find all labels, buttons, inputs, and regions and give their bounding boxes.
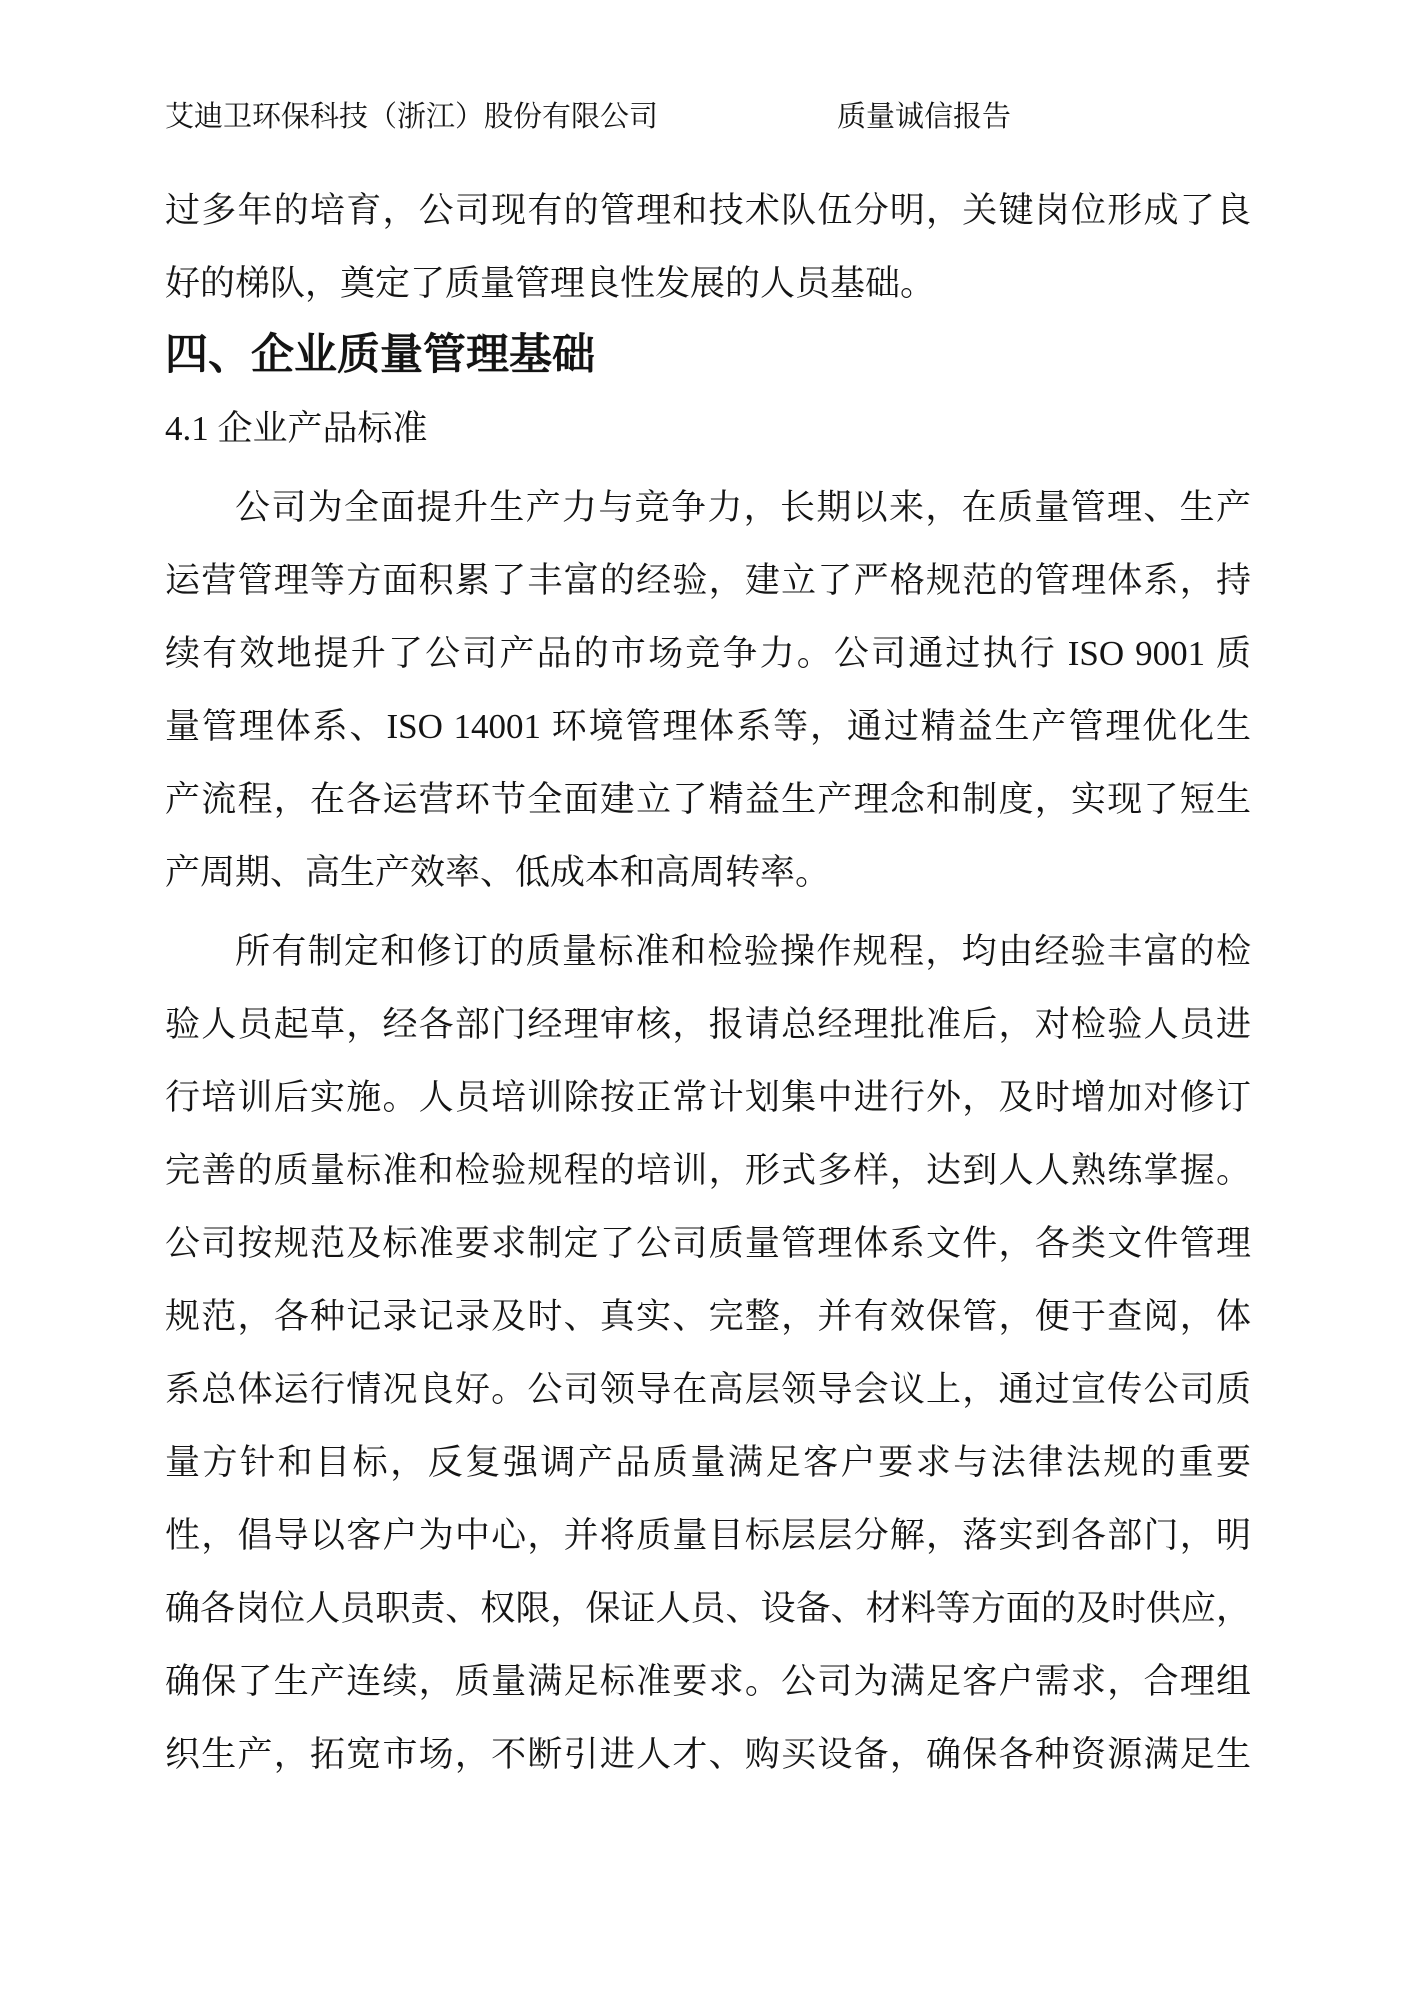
text-line: 产周期、高生产效率、低成本和高周转率。 bbox=[165, 836, 1251, 909]
text-line: 过多年的培育，公司现有的管理和技术队伍分明，关键岗位形成了良 bbox=[165, 174, 1251, 247]
subsection-heading: 4.1 企业产品标准 bbox=[165, 392, 1251, 465]
text-line: 性，倡导以客户为中心，并将质量目标层层分解，落实到各部门，明 bbox=[165, 1499, 1251, 1572]
paragraph: 所有制定和修订的质量标准和检验操作规程，均由经验丰富的检验人员起草，经各部门经理… bbox=[165, 915, 1251, 1791]
text-line: 验人员起草，经各部门经理审核，报请总经理批准后，对检验人员进 bbox=[165, 988, 1251, 1061]
text-line: 所有制定和修订的质量标准和检验操作规程，均由经验丰富的检 bbox=[165, 915, 1251, 988]
text-line: 量方针和目标，反复强调产品质量满足客户要求与法律法规的重要 bbox=[165, 1426, 1251, 1499]
page-header: 艾迪卫环保科技（浙江）股份有限公司 质量诚信报告 bbox=[165, 100, 1251, 134]
section-heading: 四、企业质量管理基础 bbox=[165, 320, 1251, 392]
document-page: 艾迪卫环保科技（浙江）股份有限公司 质量诚信报告 过多年的培育，公司现有的管理和… bbox=[0, 0, 1414, 2000]
header-company-name: 艾迪卫环保科技（浙江）股份有限公司 bbox=[165, 101, 658, 133]
text-line: 完善的质量标准和检验规程的培训，形式多样，达到人人熟练掌握。 bbox=[165, 1134, 1251, 1207]
text-line: 好的梯队，奠定了质量管理良性发展的人员基础。 bbox=[165, 247, 1251, 320]
text-line: 织生产，拓宽市场，不断引进人才、购买设备，确保各种资源满足生 bbox=[165, 1718, 1251, 1791]
text-line: 公司按规范及标准要求制定了公司质量管理体系文件，各类文件管理 bbox=[165, 1207, 1251, 1280]
text-line: 规范，各种记录记录及时、真实、完整，并有效保管，便于查阅，体 bbox=[165, 1280, 1251, 1353]
paragraph: 公司为全面提升生产力与竞争力，长期以来，在质量管理、生产运营管理等方面积累了丰富… bbox=[165, 471, 1251, 909]
text-line: 产流程，在各运营环节全面建立了精益生产理念和制度，实现了短生 bbox=[165, 763, 1251, 836]
header-doc-title: 质量诚信报告 bbox=[837, 100, 1011, 134]
text-column: 艾迪卫环保科技（浙江）股份有限公司 质量诚信报告 过多年的培育，公司现有的管理和… bbox=[165, 0, 1251, 1791]
intro-paragraph: 过多年的培育，公司现有的管理和技术队伍分明，关键岗位形成了良好的梯队，奠定了质量… bbox=[165, 174, 1251, 320]
text-line: 确保了生产连续，质量满足标准要求。公司为满足客户需求，合理组 bbox=[165, 1645, 1251, 1718]
text-line: 公司为全面提升生产力与竞争力，长期以来，在质量管理、生产 bbox=[165, 471, 1251, 544]
body-paragraphs: 公司为全面提升生产力与竞争力，长期以来，在质量管理、生产运营管理等方面积累了丰富… bbox=[165, 471, 1251, 1791]
text-line: 运营管理等方面积累了丰富的经验，建立了严格规范的管理体系，持 bbox=[165, 544, 1251, 617]
text-line: 续有效地提升了公司产品的市场竞争力。公司通过执行 ISO 9001 质 bbox=[165, 617, 1251, 690]
text-line: 量管理体系、ISO 14001 环境管理体系等，通过精益生产管理优化生 bbox=[165, 690, 1251, 763]
text-line: 系总体运行情况良好。公司领导在高层领导会议上，通过宣传公司质 bbox=[165, 1353, 1251, 1426]
text-line: 行培训后实施。人员培训除按正常计划集中进行外，及时增加对修订 bbox=[165, 1061, 1251, 1134]
text-line: 确各岗位人员职责、权限，保证人员、设备、材料等方面的及时供应， bbox=[165, 1572, 1251, 1645]
